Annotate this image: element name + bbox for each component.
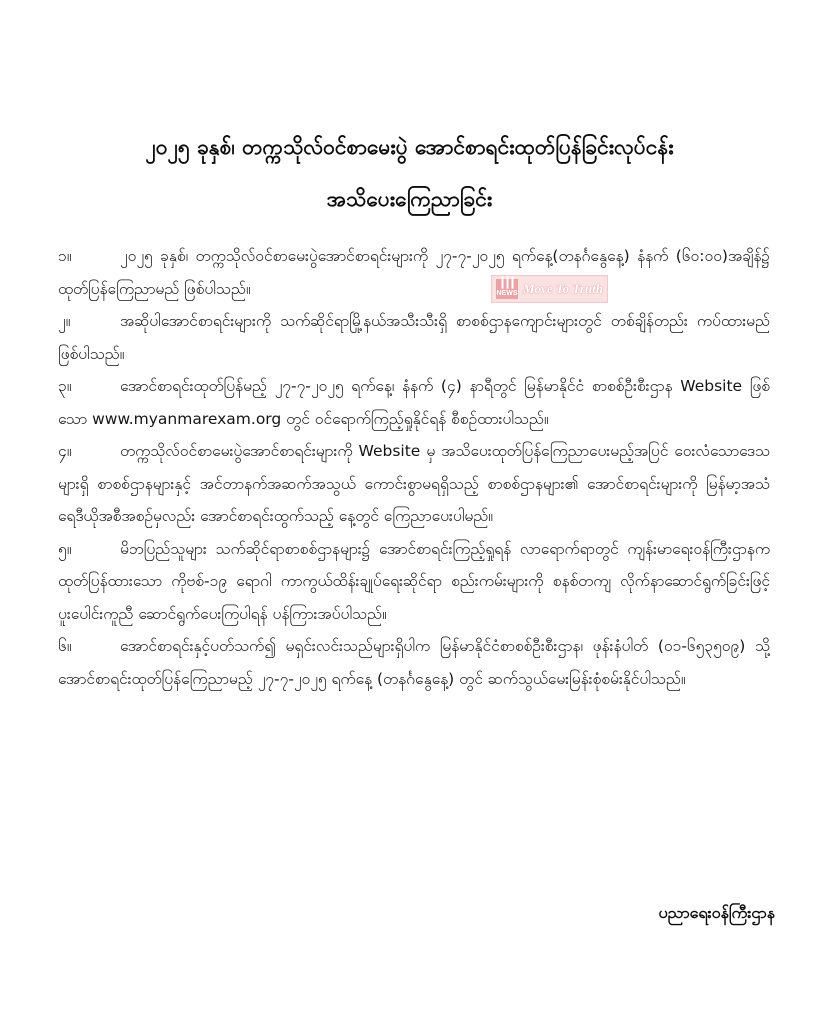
paragraph-1: ၁။၂၀၂၅ ခုနှစ်၊ တက္ကသိုလ်ဝင်စာမေးပွဲအောင်… — [58, 240, 770, 305]
paragraph-text: အောင်စာရင်းနှင့်ပတ်သက်၍ မရှင်းလင်းသည်မျာ… — [58, 637, 770, 688]
watermark-text: Move To Truth — [523, 281, 603, 297]
notice-title-line1: ၂၀၂၅ ခုနှစ်၊ တက္ကသိုလ်ဝင်စာမေးပွဲ အောင်စ… — [40, 132, 779, 162]
paragraph-3: ၃။အောင်စာရင်းထုတ်ပြန်မည့် ၂၇-၇-၂၀၂၅ ရက်န… — [58, 370, 770, 435]
news-logo-label: NEWS — [497, 290, 518, 297]
paragraph-text: မိဘပြည်သူများ သက်ဆိုင်ရာစာစစ်ဌာနများ၌ အေ… — [58, 540, 770, 623]
notice-title-line2: အသိပေးကြေညာခြင်း — [40, 184, 779, 214]
paragraph-number: ၅။ — [58, 533, 120, 566]
news-watermark: ┃┃┃ NEWS Move To Truth — [491, 275, 608, 303]
paragraph-4: ၄။တက္ကသိုလ်ဝင်စာမေးပွဲအောင်စာရင်းများကို… — [58, 435, 770, 533]
paragraph-text: အဆိုပါအောင်စာရင်းများကို သက်ဆိုင်ရာမြို့… — [58, 312, 770, 363]
paragraph-number: ၁။ — [58, 240, 120, 273]
paragraph-number: ၃။ — [58, 370, 120, 403]
paragraph-number: ၄။ — [58, 435, 120, 468]
notice-page: ၂၀၂၅ ခုနှစ်၊ တက္ကသိုလ်ဝင်စာမေးပွဲ အောင်စ… — [0, 0, 819, 1024]
notice-body: ၁။၂၀၂၅ ခုနှစ်၊ တက္ကသိုလ်ဝင်စာမေးပွဲအောင်… — [58, 240, 770, 695]
paragraph-text: အောင်စာရင်းထုတ်ပြန်မည့် ၂၇-၇-၂၀၂၅ ရက်နေ့… — [58, 377, 770, 428]
news-logo-icon: ┃┃┃ NEWS — [496, 279, 518, 299]
paragraph-2: ၂။အဆိုပါအောင်စာရင်းများကို သက်ဆိုင်ရာမြိ… — [58, 305, 770, 370]
issuer-signature: ပညာရေးဝန်ကြီးဌာန — [658, 899, 775, 927]
paragraph-5: ၅။မိဘပြည်သူများ သက်ဆိုင်ရာစာစစ်ဌာနများ၌ … — [58, 533, 770, 631]
paragraph-number: ၆။ — [58, 630, 120, 663]
paragraph-text: ၂၀၂၅ ခုနှစ်၊ တက္ကသိုလ်ဝင်စာမေးပွဲအောင်စာ… — [58, 247, 770, 298]
paragraph-number: ၂။ — [58, 305, 120, 338]
paragraph-text: တက္ကသိုလ်ဝင်စာမေးပွဲအောင်စာရင်းများကို W… — [58, 442, 770, 525]
paragraph-6: ၆။အောင်စာရင်းနှင့်ပတ်သက်၍ မရှင်းလင်းသည်မ… — [58, 630, 770, 695]
